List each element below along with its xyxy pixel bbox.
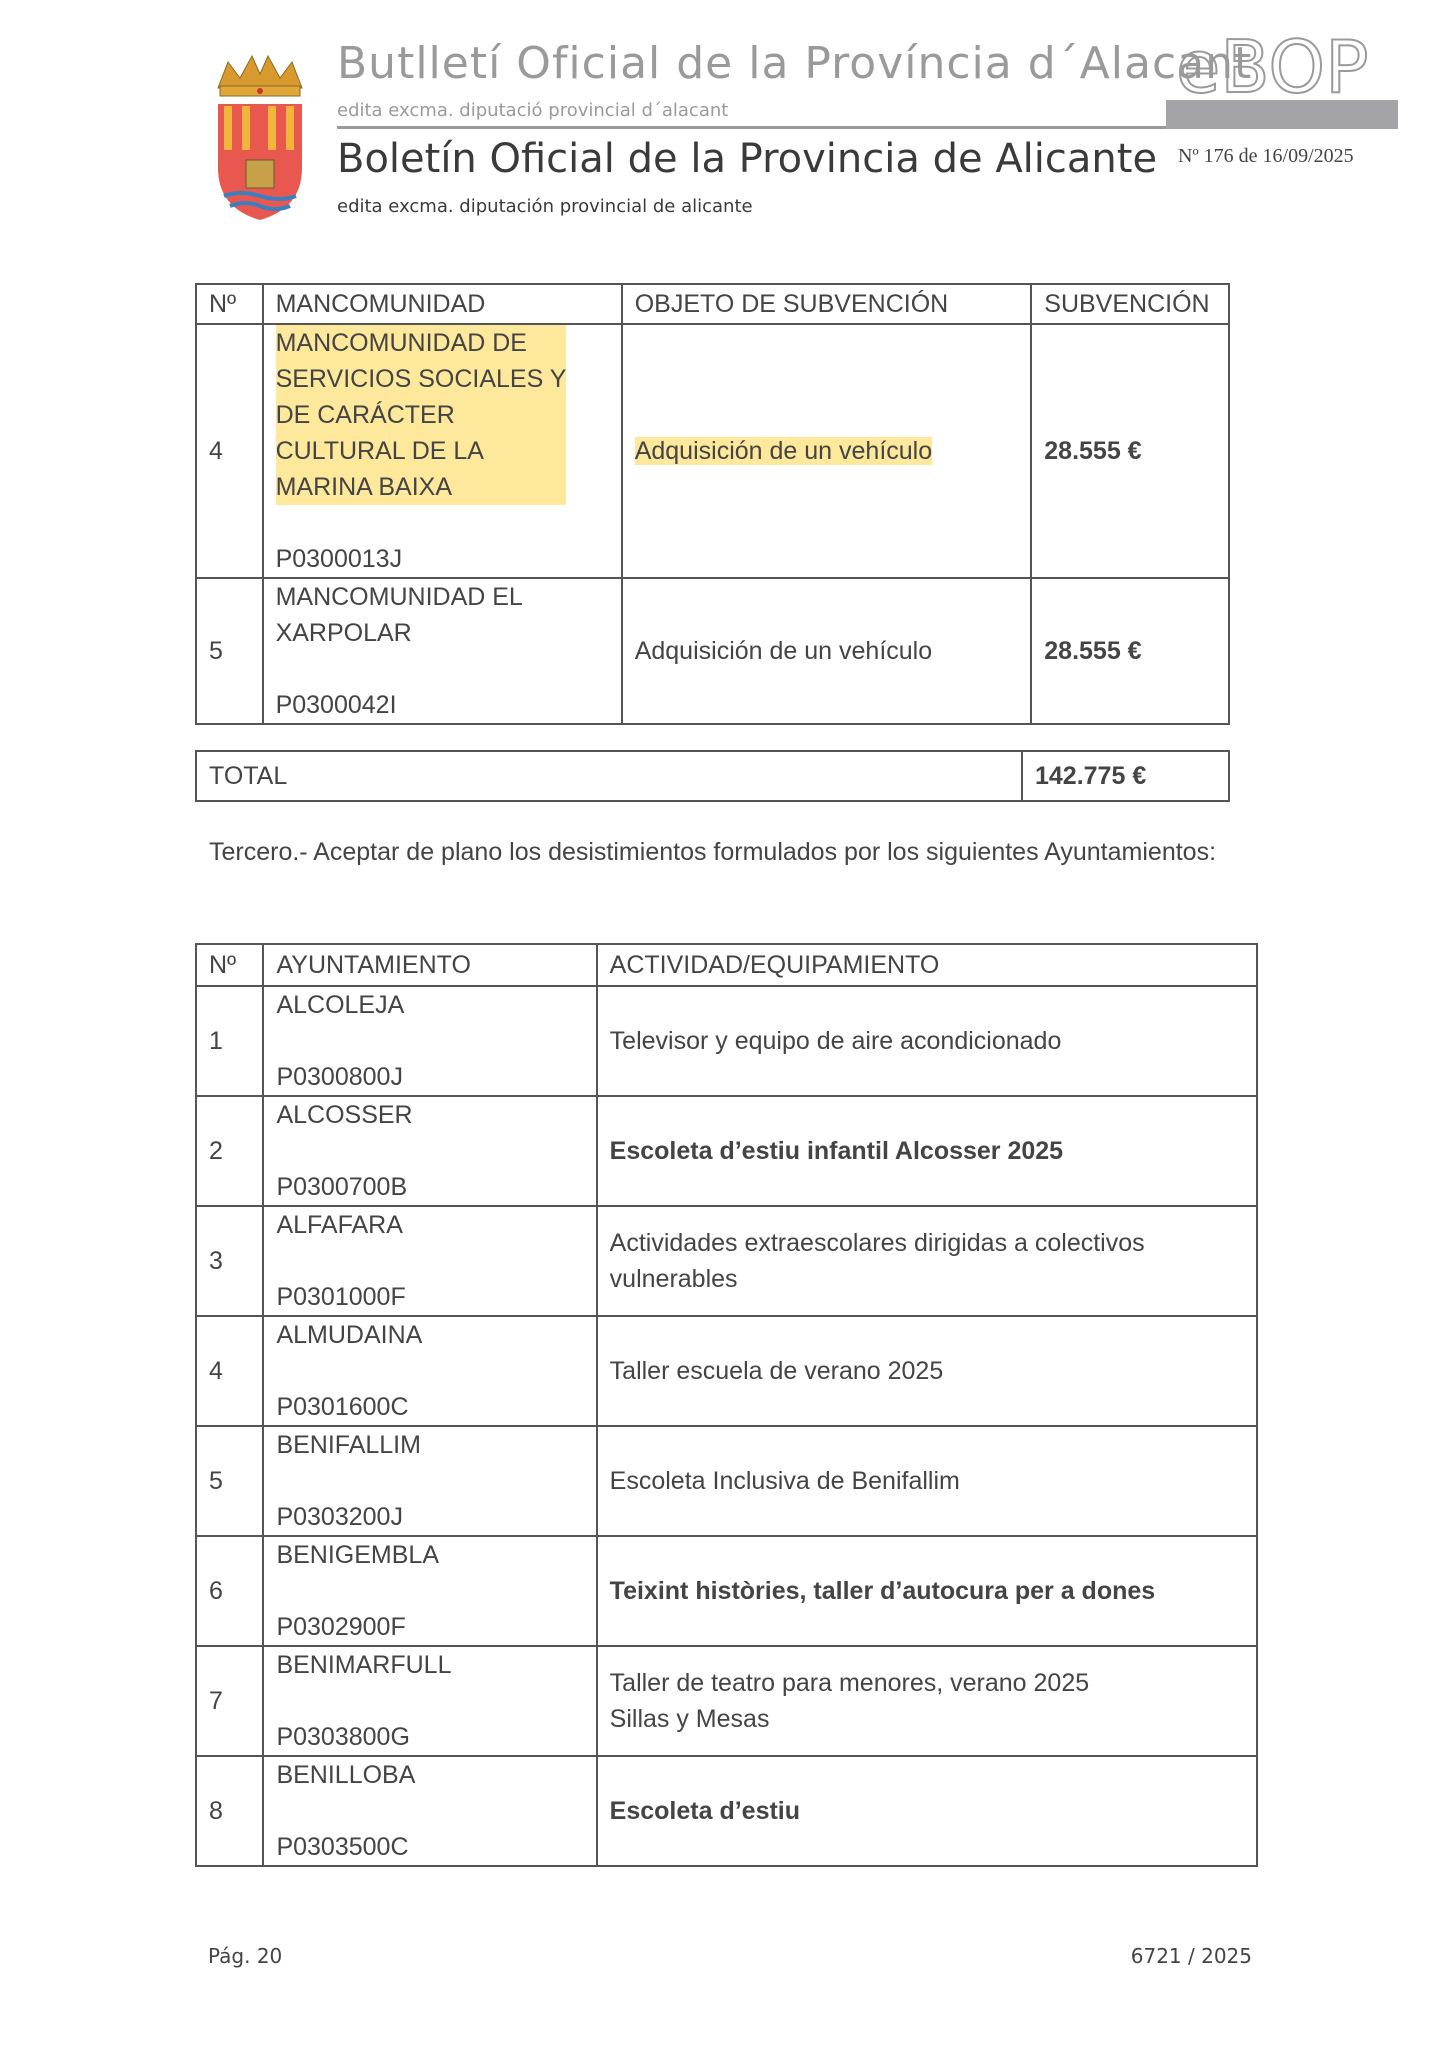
ayuntamiento-cell: ALCOSSERP0300700B: [263, 1096, 596, 1206]
table-row: 4 MANCOMUNIDAD DESERVICIOS SOCIALES YDE …: [196, 324, 1229, 578]
ayuntamiento-cell: ALCOLEJAP0300800J: [263, 986, 596, 1096]
mancomunidad-name: MANCOMUNIDAD ELXARPOLAR: [276, 579, 609, 651]
actividad-cell: Escoleta Inclusiva de Benifallim: [597, 1426, 1257, 1536]
ayuntamiento-nif: P0300800J: [276, 1059, 583, 1095]
header-title-spanish: Boletín Oficial de la Provincia de Alica…: [337, 136, 1157, 182]
total-row: TOTAL 142.775 €: [196, 751, 1229, 801]
document-reference: 6721 / 2025: [1131, 1944, 1252, 1968]
objeto-cell: Adquisición de un vehículo: [622, 578, 1032, 724]
ayuntamiento-cell: BENIMARFULLP0303800G: [263, 1646, 596, 1756]
table-row: 1ALCOLEJAP0300800JTelevisor y equipo de …: [196, 986, 1257, 1096]
ayuntamiento-nif: P0300700B: [276, 1169, 583, 1205]
table-row: 5 MANCOMUNIDAD ELXARPOLAR P0300042I Adqu…: [196, 578, 1229, 724]
objeto-cell: Adquisición de un vehículo: [622, 324, 1032, 578]
ayuntamiento-nif: P0302900F: [276, 1609, 583, 1645]
actividad-cell: Actividades extraescolares dirigidas a c…: [597, 1206, 1257, 1316]
provincial-crest-logo: [210, 48, 310, 224]
header-subtitle-spanish: edita excma. diputación provincial de al…: [337, 196, 753, 217]
ayuntamiento-name: ALFAFARA: [276, 1207, 583, 1243]
ayuntamiento-nif: P0303200J: [276, 1499, 583, 1535]
ayuntamiento-cell: BENIGEMBLAP0302900F: [263, 1536, 596, 1646]
page-number: Pág. 20: [208, 1944, 282, 1968]
column-header-actividad: ACTIVIDAD/EQUIPAMIENTO: [597, 944, 1257, 986]
ayuntamiento-name: BENIMARFULL: [276, 1647, 583, 1683]
row-number: 1: [196, 986, 263, 1096]
ayuntamiento-nif: P0301000F: [276, 1279, 583, 1315]
row-number: 8: [196, 1756, 263, 1866]
table-header-row: Nº MANCOMUNIDAD OBJETO DE SUBVENCIÓN SUB…: [196, 284, 1229, 324]
column-header-ayuntamiento: AYUNTAMIENTO: [263, 944, 596, 986]
subvencion-amount: 28.555 €: [1031, 578, 1229, 724]
ayuntamiento-name: BENIGEMBLA: [276, 1537, 583, 1573]
row-number: 3: [196, 1206, 263, 1316]
row-number: 4: [196, 1316, 263, 1426]
ayuntamiento-nif: P0303500C: [276, 1829, 583, 1865]
table-row: 2ALCOSSERP0300700BEscoleta d’estiu infan…: [196, 1096, 1257, 1206]
mancomunidad-nif: P0300013J: [276, 541, 609, 577]
table-row: 5BENIFALLIMP0303200JEscoleta Inclusiva d…: [196, 1426, 1257, 1536]
mancomunidad-cell: MANCOMUNIDAD ELXARPOLAR P0300042I: [263, 578, 622, 724]
header-title-catalan: Butlletí Oficial de la Província d´Alaca…: [337, 38, 1252, 89]
svg-text:eBOP: eBOP: [1176, 28, 1369, 100]
column-header-objeto: OBJETO DE SUBVENCIÓN: [622, 284, 1032, 324]
ayuntamiento-nif: P0303800G: [276, 1719, 583, 1755]
actividad-cell: Taller de teatro para menores, verano 20…: [597, 1646, 1257, 1756]
actividad-cell: Taller escuela de verano 2025: [597, 1316, 1257, 1426]
mancomunidad-nif: P0300042I: [276, 687, 609, 723]
ayuntamiento-cell: ALMUDAINAP0301600C: [263, 1316, 596, 1426]
ayuntamiento-name: BENIFALLIM: [276, 1427, 583, 1463]
ayuntamiento-cell: ALFAFARAP0301000F: [263, 1206, 596, 1316]
column-header-mancomunidad: MANCOMUNIDAD: [263, 284, 622, 324]
ayuntamiento-nif: P0301600C: [276, 1389, 583, 1425]
table-header-row: Nº AYUNTAMIENTO ACTIVIDAD/EQUIPAMIENTO: [196, 944, 1257, 986]
actividad-cell: Escoleta d’estiu: [597, 1756, 1257, 1866]
actividad-cell: Escoleta d’estiu infantil Alcosser 2025: [597, 1096, 1257, 1206]
table-row: 8BENILLOBAP0303500CEscoleta d’estiu: [196, 1756, 1257, 1866]
header-gray-bar: [1166, 100, 1398, 129]
table-row: 3ALFAFARAP0301000FActividades extraescol…: [196, 1206, 1257, 1316]
row-number: 2: [196, 1096, 263, 1206]
row-number: 4: [196, 324, 263, 578]
subvencion-amount: 28.555 €: [1031, 324, 1229, 578]
row-number: 5: [196, 578, 263, 724]
ayuntamiento-cell: BENIFALLIMP0303200J: [263, 1426, 596, 1536]
issue-number-date: Nº 176 de 16/09/2025: [1178, 145, 1354, 168]
mancomunidades-table: Nº MANCOMUNIDAD OBJETO DE SUBVENCIÓN SUB…: [195, 283, 1230, 725]
actividad-cell: Teixint històries, taller d’autocura per…: [597, 1536, 1257, 1646]
mancomunidad-name: MANCOMUNIDAD DESERVICIOS SOCIALES YDE CA…: [276, 325, 567, 505]
header-divider: [337, 126, 1167, 129]
ayuntamiento-name: BENILLOBA: [276, 1757, 583, 1793]
tercero-paragraph: Tercero.- Aceptar de plano los desistimi…: [209, 834, 1259, 870]
total-amount: 142.775 €: [1022, 751, 1229, 801]
table-row: 6BENIGEMBLAP0302900FTeixint històries, t…: [196, 1536, 1257, 1646]
table-row: 4ALMUDAINAP0301600CTaller escuela de ver…: [196, 1316, 1257, 1426]
ayuntamiento-name: ALCOLEJA: [276, 987, 583, 1023]
header-subtitle-catalan: edita excma. diputació provincial d´alac…: [337, 100, 728, 121]
column-header-subvencion: SUBVENCIÓN: [1031, 284, 1229, 324]
table-row: 7BENIMARFULLP0303800GTaller de teatro pa…: [196, 1646, 1257, 1756]
ayuntamiento-name: ALMUDAINA: [276, 1317, 583, 1353]
objeto-text: Adquisición de un vehículo: [635, 437, 932, 465]
ebop-logo: eBOP: [1172, 28, 1392, 100]
actividad-cell: Televisor y equipo de aire acondicionado: [597, 986, 1257, 1096]
column-header-no: Nº: [196, 944, 263, 986]
total-table: TOTAL 142.775 €: [195, 750, 1230, 802]
column-header-no: Nº: [196, 284, 263, 324]
ayuntamiento-cell: BENILLOBAP0303500C: [263, 1756, 596, 1866]
ayuntamientos-table: Nº AYUNTAMIENTO ACTIVIDAD/EQUIPAMIENTO 1…: [195, 943, 1258, 1867]
row-number: 6: [196, 1536, 263, 1646]
row-number: 5: [196, 1426, 263, 1536]
total-label: TOTAL: [196, 751, 1022, 801]
mancomunidad-cell: MANCOMUNIDAD DESERVICIOS SOCIALES YDE CA…: [263, 324, 622, 578]
ayuntamiento-name: ALCOSSER: [276, 1097, 583, 1133]
row-number: 7: [196, 1646, 263, 1756]
